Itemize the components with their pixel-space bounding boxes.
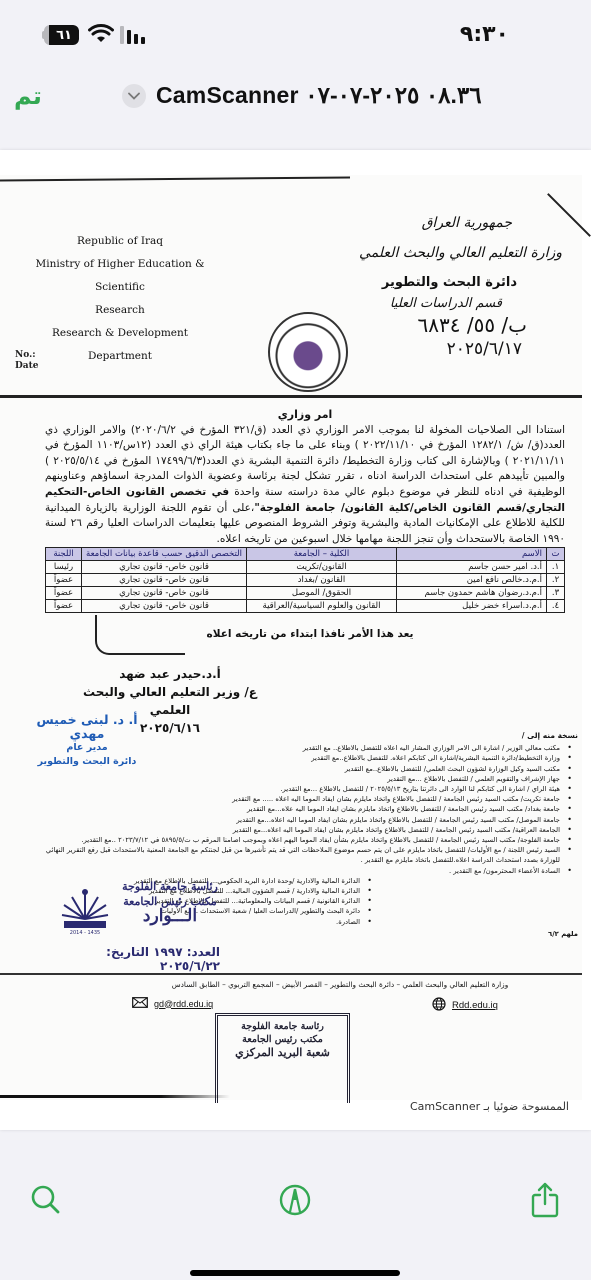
- cell-specialization: قانون خاص- قانون تجاري: [82, 600, 247, 613]
- fallujah-stamp-text: رئاسة جامعة الفلوجة مكتب رئيس الجامعة ال…: [120, 879, 220, 924]
- table-header-row: ت الاسم الكلية – الجامعة التخصص الدقيق ح…: [46, 548, 565, 561]
- document-title: CamScanner ٠٨.٣٦ ٢٠٢٥-٠٧-٠٧: [156, 82, 482, 109]
- cell-college: القانون /بغداد: [247, 574, 397, 587]
- header-ar-line1: جمهورية العراق: [322, 215, 512, 231]
- cell-name: أ.م.د.اسراء خضر خليل: [397, 600, 547, 613]
- list-item: السادة الأعضاء المحترمون/ مع التقدير .: [40, 866, 560, 876]
- header-college: الكلية – الجامعة: [247, 548, 397, 561]
- header-rule: [0, 395, 582, 398]
- markup-button[interactable]: [277, 1184, 313, 1220]
- fallujah-number: العدد: ١٩٩٧: [153, 945, 220, 959]
- list-item: جهاز الإشراف والتقويم العلمي / للتفضل با…: [40, 774, 560, 784]
- fallujah-incoming-stamp: 2014 - 1435 رئاسة جامعة الفلوجة مكتب رئي…: [50, 879, 220, 969]
- svg-text:2014 - 1435: 2014 - 1435: [70, 930, 100, 935]
- bottom-toolbar: [0, 1170, 591, 1230]
- committee-table: ت الاسم الكلية – الجامعة التخصص الدقيق ح…: [45, 547, 565, 613]
- footer-email: gd@rdd.edu.iq: [132, 997, 213, 1010]
- envelope-icon: [132, 997, 148, 1010]
- cell-specialization: قانون خاص- قانون تجاري: [82, 574, 247, 587]
- list-item: وزارة التخطيط/دائرة التنمية البشرية/اشار…: [40, 753, 560, 763]
- table-row: ٤. أ.م.د.اسراء خضر خليل القانون والعلوم …: [46, 600, 565, 613]
- share-icon[interactable]: [530, 1182, 560, 1223]
- signer-name: أ.د.حيدر عبد ضهد: [70, 665, 270, 683]
- header-english: Republic of Iraq Ministry of Higher Educ…: [20, 230, 220, 368]
- footer-website: Rdd.edu.iq: [432, 997, 498, 1014]
- cell-role: عضواً: [46, 574, 82, 587]
- header-ar-line3: دائرة البحث والتطوير: [322, 275, 517, 290]
- cell-college: القانون/تكريت: [247, 561, 397, 574]
- battery-level: ٦١: [49, 25, 79, 45]
- header-en-line2: Ministry of Higher Education & Scientifi…: [20, 253, 220, 299]
- footer-address: وزارة التعليم العالي والبحث العلمي – دائ…: [110, 980, 570, 989]
- website-url: Rdd.edu.iq: [452, 1000, 498, 1011]
- fallujah-line3: الـــوارد: [120, 909, 220, 924]
- document-page[interactable]: Republic of Iraq Ministry of Higher Educ…: [0, 150, 591, 1130]
- no-date-labels: No.: Date: [15, 350, 39, 372]
- cell-name: أ.م.د.رضوان هاشم حمدون جاسم: [397, 587, 547, 600]
- battery-icon: ٦١: [44, 25, 79, 45]
- markup-icon[interactable]: [279, 1184, 311, 1221]
- cell-index: ٤.: [547, 600, 565, 613]
- header-arabic: جمهورية العراق وزارة التعليم العالي والب…: [322, 215, 562, 359]
- header-specialization: التخصص الدقيق حسب قاعدة بيانات الجامعة: [82, 548, 247, 561]
- nav-bar: تم CamScanner ٠٨.٣٦ ٢٠٢٥-٠٧-٠٧: [0, 72, 591, 122]
- clock: ٩:٣٠: [460, 22, 509, 47]
- list-item: هيئة الراي / اشارة الى كتابكم لنا الوارد…: [40, 784, 560, 794]
- top-rule: [0, 176, 350, 181]
- document-title-menu[interactable]: CamScanner ٠٨.٣٦ ٢٠٢٥-٠٧-٠٧: [122, 82, 482, 109]
- list-item: السيد رئيس اللجنة / مع الأوليات/ للتفضل …: [40, 845, 560, 865]
- cell-role: رئيسا: [46, 561, 82, 574]
- signal-icon: [120, 26, 145, 44]
- fallujah-line1: رئاسة جامعة الفلوجة: [120, 879, 220, 894]
- email-address: gd@rdd.edu.iq: [154, 999, 213, 1009]
- bottom-rule: [0, 1095, 230, 1098]
- date-label: Date: [15, 361, 39, 372]
- header-en-line3: Research: [20, 299, 220, 322]
- cell-name: أ.د. امير حسن جاسم: [397, 561, 547, 574]
- cell-specialization: قانون خاص- قانون تجاري: [82, 561, 247, 574]
- header-ar-line4: قسم الدراسات العليا: [322, 296, 502, 311]
- list-item: جامعة تكريت/ مكتب السيد رئيس الجامعة / ل…: [40, 794, 560, 804]
- effective-note: يعد هذا الأمر نافذا ابتداء من تاريخه اعل…: [160, 628, 460, 640]
- mail-stamp-line1: رئاسة جامعة الفلوجة: [218, 1020, 347, 1033]
- share-button[interactable]: [527, 1184, 563, 1220]
- cell-name: أ.م.د.خالص نافع امين: [397, 574, 547, 587]
- header-role: اللجنة: [46, 548, 82, 561]
- fallujah-university-logo-icon: 2014 - 1435: [60, 887, 110, 935]
- fallujah-number-date: العدد: ١٩٩٧ التاريخ: ٢٠٢٥/٦/٢٢: [60, 945, 220, 973]
- table-row: ١. أ.د. امير حسن جاسم القانون/تكريت قانو…: [46, 561, 565, 574]
- table-row: ٢. أ.م.د.خالص نافع امين القانون /بغداد ق…: [46, 574, 565, 587]
- cell-index: ٢.: [547, 574, 565, 587]
- list-item: جامعة بغداد/ مكتب السيد رئيس الجامعة / ل…: [40, 804, 560, 814]
- status-bar: ٦١ ٩:٣٠: [0, 0, 591, 70]
- globe-icon: [432, 997, 446, 1014]
- cell-role: عضواً: [46, 587, 82, 600]
- reference-number: ب/ ٥٥/ ٦٨٣٤: [322, 313, 527, 337]
- header-ar-line2: وزارة التعليم العالي والبحث العلمي: [322, 245, 562, 261]
- central-mail-stamp: رئاسة جامعة الفلوجة مكتب رئيس الجامعة شع…: [215, 1013, 350, 1103]
- cell-specialization: قانون خاص- قانون تجاري: [82, 587, 247, 600]
- done-button[interactable]: تم: [14, 82, 42, 110]
- list-item: جامعة الفلوجة/ مكتب السيد رئيس الجامعة /…: [40, 835, 560, 845]
- list-item: جامعة الموصل/ مكتب السيد رئيس الجامعة / …: [40, 815, 560, 825]
- search-button[interactable]: [28, 1184, 64, 1220]
- list-item: الجامعة العراقية/ مكتب السيد رئيس الجامع…: [40, 825, 560, 835]
- mail-stamp-line2: مكتب رئيس الجامعة: [218, 1033, 347, 1046]
- wifi-icon: [88, 24, 114, 49]
- reference-date: ٢٠٢٥/٦/١٧: [322, 339, 522, 359]
- camscanner-watermark: الممسوحة ضوئيا بـ CamScanner: [410, 1100, 569, 1113]
- list-item: مكتب السيد وكيل الوزارة لشؤون البحث العل…: [40, 764, 560, 774]
- copies-heading: نسخة منه إلى /: [40, 731, 578, 741]
- search-icon[interactable]: [30, 1184, 62, 1221]
- chevron-down-icon[interactable]: [122, 84, 146, 108]
- header-en-line4: Research & Development Department: [20, 322, 220, 368]
- no-label: No.:: [15, 350, 39, 361]
- list-item: مكتب معالي الوزير / اشارة الى الامر الوز…: [40, 743, 560, 753]
- cell-college: القانون والعلوم السياسية/العراقية: [247, 600, 397, 613]
- scanned-document: Republic of Iraq Ministry of Higher Educ…: [0, 175, 582, 1100]
- order-title: امر وزاري: [45, 407, 565, 423]
- footer-rule: [0, 973, 582, 975]
- home-indicator[interactable]: [190, 1270, 400, 1276]
- header-en-line1: Republic of Iraq: [20, 230, 220, 253]
- header-index: ت: [547, 548, 565, 561]
- mail-stamp-line3: شعبة البريد المركزي: [218, 1046, 347, 1059]
- cell-role: عضواً: [46, 600, 82, 613]
- battery-nub: [42, 31, 45, 39]
- table-row: ٣. أ.م.د.رضوان هاشم حمدون جاسم الحقوق/ ا…: [46, 587, 565, 600]
- order-body: امر وزاري استنادا الى الصلاحيات المخولة …: [45, 407, 565, 547]
- cell-index: ١.: [547, 561, 565, 574]
- ministry-seal-icon: [268, 312, 348, 392]
- cell-index: ٣.: [547, 587, 565, 600]
- handwritten-signature: [95, 615, 185, 655]
- header-name: الاسم: [397, 548, 547, 561]
- cell-college: الحقوق/ الموصل: [247, 587, 397, 600]
